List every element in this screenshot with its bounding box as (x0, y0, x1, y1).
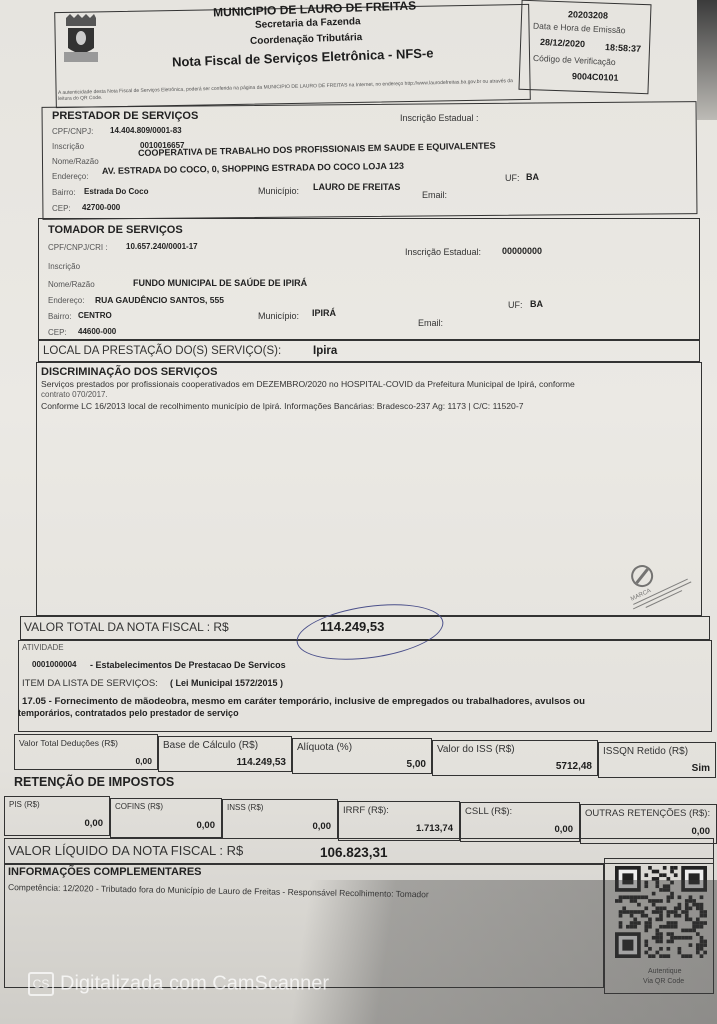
discriminacao-title: DISCRIMINAÇÃO DOS SERVIÇOS (41, 366, 217, 378)
retencao-value: 0,00 (313, 821, 332, 832)
local-value: Ipira (313, 345, 337, 357)
prestador-bairro: Estrada Do Coco (84, 187, 148, 196)
tributo-cell: Valor Total Deduções (R$)0,00 (14, 734, 158, 770)
retencao-label: PIS (R$) (9, 800, 40, 809)
prestador-inscricao-label: Inscrição (52, 142, 84, 151)
tributo-value: 0,00 (135, 756, 152, 766)
prestador-cep: 42700-000 (82, 203, 120, 212)
retencao-value: 0,00 (692, 826, 711, 837)
tributo-label: Valor Total Deduções (R$) (19, 738, 118, 748)
retencao-label: IRRF (R$): (343, 805, 389, 816)
tomador-endereco-label: Endereço: (48, 296, 84, 305)
retencao-value: 1.713,74 (416, 823, 453, 834)
retencao-value: 0,00 (85, 818, 104, 829)
retencao-value: 0,00 (555, 824, 574, 835)
tomador-cnpj-label: CPF/CNPJ/CRI : (48, 243, 108, 252)
tomador-bairro-label: Bairro: (48, 312, 72, 321)
item-lista-label: ITEM DA LISTA DE SERVIÇOS: (22, 678, 158, 689)
tributo-value: Sim (692, 763, 710, 774)
discriminacao-line-3: Conforme LC 16/2013 local de recolhiment… (41, 401, 523, 411)
tomador-cep: 44600-000 (78, 327, 116, 336)
retencao-cell: PIS (R$)0,00 (4, 796, 110, 836)
verification-code: 9004C0101 (572, 71, 619, 83)
atividade-code: 0001000004 (32, 660, 77, 669)
tomador-ie: 00000000 (502, 246, 542, 256)
complementares-title: INFORMAÇÕES COMPLEMENTARES (8, 866, 202, 878)
tomador-uf-label: UF: (508, 300, 523, 310)
tomador-cep-label: CEP: (48, 328, 67, 337)
tomador-municipio: IPIRÁ (312, 308, 336, 318)
tomador-endereco: RUA GAUDÊNCIO SANTOS, 555 (95, 295, 224, 305)
prestador-cnpj: 14.404.809/0001-83 (110, 126, 182, 135)
tributo-cell: Base de Cálculo (R$)114.249,53 (158, 736, 292, 772)
retencao-label: OUTRAS RETENÇÕES (R$): (585, 808, 710, 819)
tributo-label: Base de Cálculo (R$) (163, 740, 258, 751)
liquido-value: 106.823,31 (320, 845, 388, 860)
tomador-cnpj: 10.657.240/0001-17 (126, 242, 198, 251)
tomador-email-label: Email: (418, 318, 443, 328)
item-lista-line-2: temporários, contratados pelo prestador … (18, 708, 239, 718)
prestador-municipio-label: Município: (258, 186, 299, 196)
item-lista-line-1: 17.05 - Fornecimento de mãodeobra, mesmo… (22, 696, 585, 707)
retencao-title: RETENÇÃO DE IMPOSTOS (14, 775, 174, 789)
tributo-label: Valor do ISS (R$) (437, 744, 515, 755)
note-number: 20203208 (568, 9, 608, 20)
retencao-label: INSS (R$) (227, 803, 263, 812)
discriminacao-line-1: Serviços prestados por profissionais coo… (41, 379, 575, 389)
prestador-email-label: Email: (422, 190, 447, 200)
background-edge (697, 0, 717, 120)
photo-shadow (289, 880, 717, 1024)
liquido-label: VALOR LÍQUIDO DA NOTA FISCAL : R$ (8, 843, 243, 858)
tomador-ie-label: Inscrição Estadual: (405, 247, 481, 257)
prestador-cnpj-label: CPF/CNPJ: (52, 127, 93, 136)
tributo-cell: Valor do ISS (R$)5712,48 (432, 740, 598, 776)
tributo-label: Alíquota (%) (297, 742, 352, 753)
retencao-cell: INSS (R$)0,00 (222, 799, 338, 839)
tributo-cell: Alíquota (%)5,00 (292, 738, 432, 774)
prestador-municipio: LAURO DE FREITAS (313, 182, 400, 192)
local-label: LOCAL DA PRESTAÇÃO DO(S) SERVIÇO(S): (43, 345, 281, 357)
camscanner-watermark: CSDigitalizada com CamScanner (28, 972, 329, 996)
discriminacao-line-2: contrato 070/2017. (41, 390, 108, 399)
retencao-cell: CSLL (R$):0,00 (460, 802, 580, 842)
retencao-label: CSLL (R$): (465, 806, 512, 817)
total-label: VALOR TOTAL DA NOTA FISCAL : R$ (24, 620, 229, 634)
retencao-cell: COFINS (R$)0,00 (110, 798, 222, 838)
atividade-description: - Estabelecimentos De Prestacao De Servi… (90, 660, 286, 670)
watermark-text: Digitalizada com CamScanner (60, 972, 329, 994)
prestador-uf: BA (526, 172, 539, 182)
prestador-ie-label: Inscrição Estadual : (400, 113, 479, 123)
emission-time: 18:58:37 (605, 42, 642, 54)
tributo-value: 5712,48 (556, 761, 592, 772)
prestador-title: PRESTADOR DE SERVIÇOS (52, 110, 198, 122)
retencao-cell: IRRF (R$):1.713,74 (338, 801, 460, 841)
tomador-bairro: CENTRO (78, 311, 112, 320)
prestador-cep-label: CEP: (52, 204, 71, 213)
municipal-crest-icon (62, 14, 100, 64)
prestador-endereco-label: Endereço: (52, 172, 88, 181)
tomador-inscricao-label: Inscrição (48, 262, 80, 271)
tomador-municipio-label: Município: (258, 311, 299, 321)
tributo-value: 114.249,53 (237, 757, 287, 768)
retencao-label: COFINS (R$) (115, 802, 163, 811)
tributo-cell: ISSQN Retido (R$)Sim (598, 742, 716, 778)
item-lista-law: ( Lei Municipal 1572/2015 ) (170, 678, 283, 688)
prestador-uf-label: UF: (505, 173, 520, 183)
atividade-label: ATIVIDADE (22, 643, 64, 652)
camscanner-logo-icon: CS (28, 972, 54, 996)
tomador-uf: BA (530, 299, 543, 309)
tomador-title: TOMADOR DE SERVIÇOS (48, 224, 183, 236)
tomador-nome-label: Nome/Razão (48, 280, 95, 289)
retencao-value: 0,00 (197, 820, 216, 831)
tributo-value: 5,00 (407, 759, 426, 770)
tomador-nome: FUNDO MUNICIPAL DE SAÚDE DE IPIRÁ (133, 278, 307, 288)
prestador-bairro-label: Bairro: (52, 188, 76, 197)
tributo-label: ISSQN Retido (R$) (603, 746, 688, 757)
prestador-nome-label: Nome/Razão (52, 157, 99, 166)
